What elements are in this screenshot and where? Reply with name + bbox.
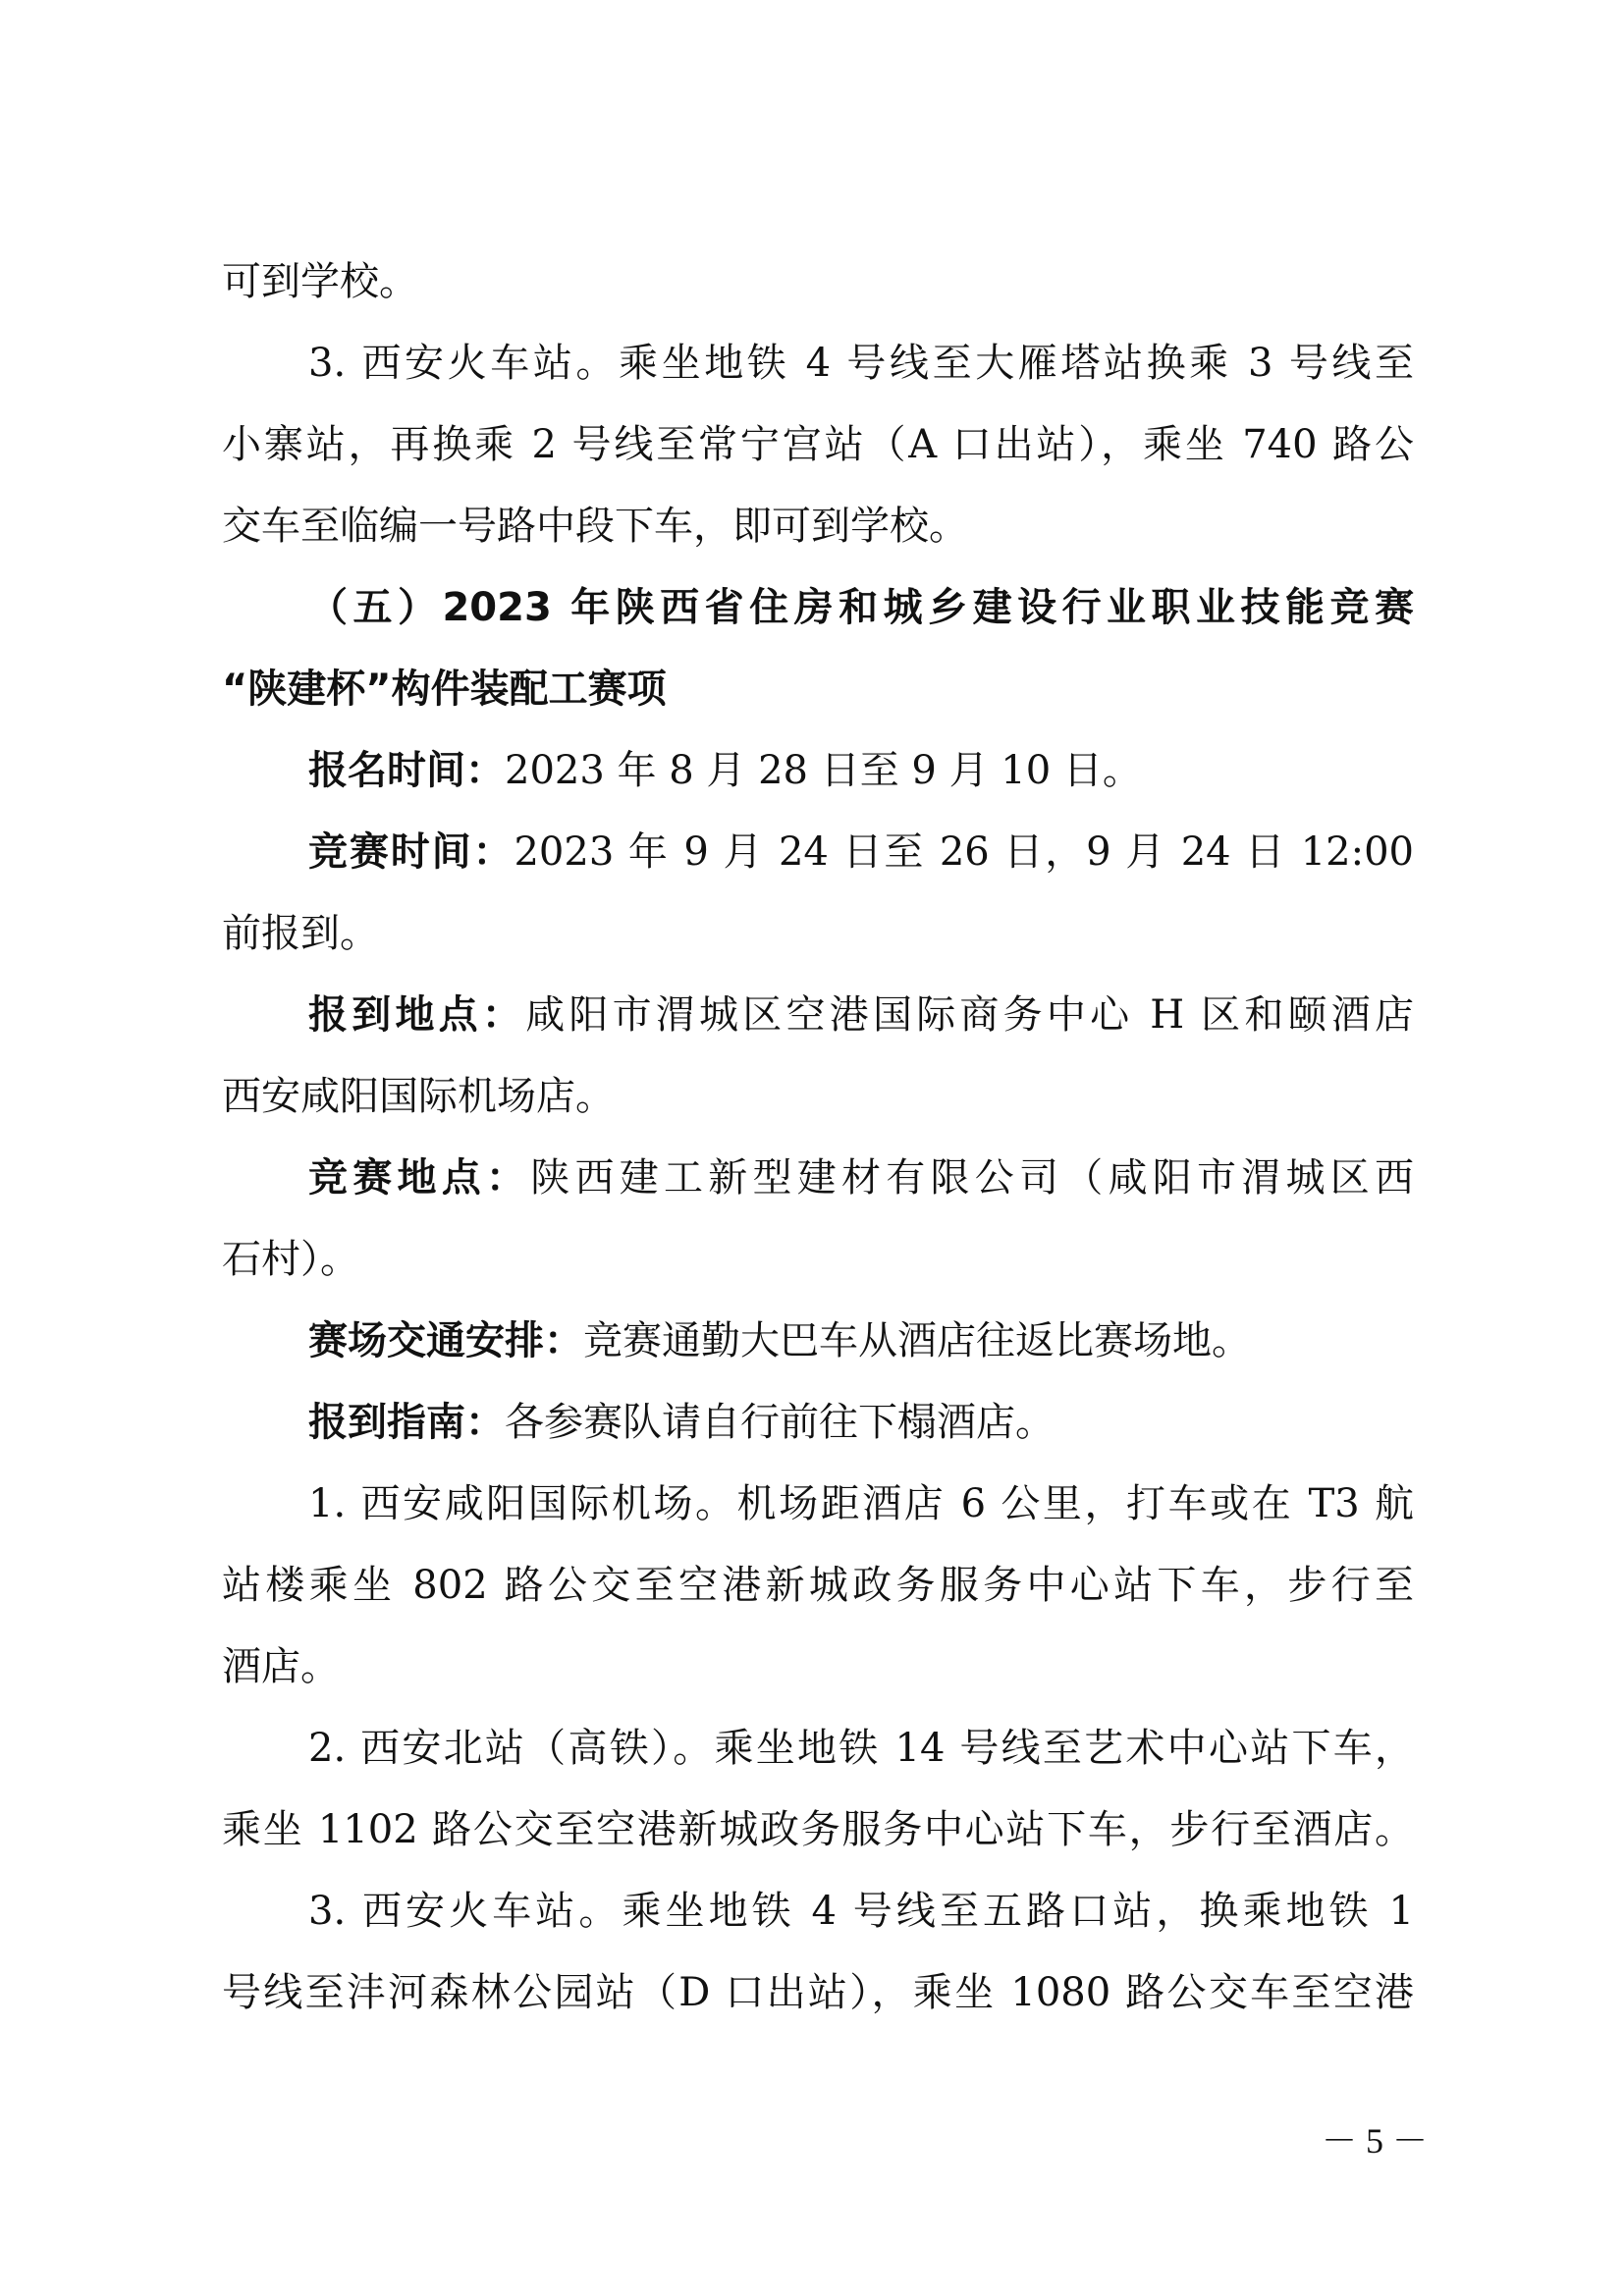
page-number: － 5 － (1306, 2113, 1443, 2163)
text-line: 前报到。 (222, 909, 1414, 958)
text-line: 可到学校。 (222, 257, 1414, 306)
text-line: 小寨站，再换乘 2 号线至常宁宫站（A 口出站），乘坐 740 路公 (222, 420, 1414, 469)
text-line: 号线至沣河森林公园站（D 口出站），乘坐 1080 路公交车至空港 (222, 1968, 1414, 2017)
checkin-guide: 报到指南：各参赛队请自行前往下榻酒店。 (308, 1398, 1414, 1447)
field-value: 2023 年 9 月 24 日至 26 日，9 月 24 日 12:00 (514, 829, 1414, 875)
text-line: 酒店。 (222, 1642, 1414, 1691)
venue-transport: 赛场交通安排：竞赛通勤大巴车从酒店往返比赛场地。 (308, 1316, 1414, 1365)
registration-time: 报名时间：2023 年 8 月 28 日至 9 月 10 日。 (308, 746, 1414, 795)
field-label: 赛场交通安排： (308, 1318, 583, 1363)
competition-time: 竞赛时间：2023 年 9 月 24 日至 26 日，9 月 24 日 12:0… (308, 828, 1414, 877)
guide-item-1: 1. 西安咸阳国际机场。机场距酒店 6 公里，打车或在 T3 航 (308, 1479, 1414, 1528)
guide-item-3: 3. 西安火车站。乘坐地铁 4 号线至五路口站，换乘地铁 1 (308, 1887, 1414, 1936)
text-line: 石村）。 (222, 1235, 1414, 1284)
text-line: 交车至临编一号路中段下车，即可到学校。 (222, 502, 1414, 551)
field-value: 各参赛队请自行前往下榻酒店。 (505, 1400, 1055, 1445)
field-label: 报名时间： (308, 748, 505, 793)
text-line: 乘坐 1102 路公交至空港新城政务服务中心站下车，步行至酒店。 (222, 1805, 1414, 1854)
field-value: 2023 年 8 月 28 日至 9 月 10 日。 (505, 748, 1142, 793)
text-line: 西安咸阳国际机场店。 (222, 1072, 1414, 1121)
field-value: 竞赛通勤大巴车从酒店往返比赛场地。 (583, 1318, 1251, 1363)
text-line: 3. 西安火车站。乘坐地铁 4 号线至大雁塔站换乘 3 号线至 (308, 339, 1414, 388)
field-value: 陕西建工新型建材有限公司（咸阳市渭城区西 (530, 1155, 1414, 1201)
competition-location: 竞赛地点：陕西建工新型建材有限公司（咸阳市渭城区西 (308, 1153, 1414, 1202)
section-heading-continued: “陕建杯”构件装配工赛项 (222, 665, 1414, 714)
section-heading: （五）2023 年陕西省住房和城乡建设行业职业技能竞赛 (308, 583, 1414, 632)
document-page: 可到学校。 3. 西安火车站。乘坐地铁 4 号线至大雁塔站换乘 3 号线至 小寨… (0, 0, 1624, 2296)
checkin-location: 报到地点：咸阳市渭城区空港国际商务中心 H 区和颐酒店 (308, 990, 1414, 1040)
field-label: 报到指南： (308, 1400, 505, 1445)
field-label: 报到地点： (308, 992, 525, 1038)
guide-item-2: 2. 西安北站（高铁）。乘坐地铁 14 号线至艺术中心站下车， (308, 1724, 1414, 1773)
field-value: 咸阳市渭城区空港国际商务中心 H 区和颐酒店 (525, 992, 1414, 1038)
text-line: 站楼乘坐 802 路公交至空港新城政务服务中心站下车，步行至 (222, 1561, 1414, 1610)
field-label: 竞赛时间： (308, 829, 514, 875)
field-label: 竞赛地点： (308, 1155, 530, 1201)
